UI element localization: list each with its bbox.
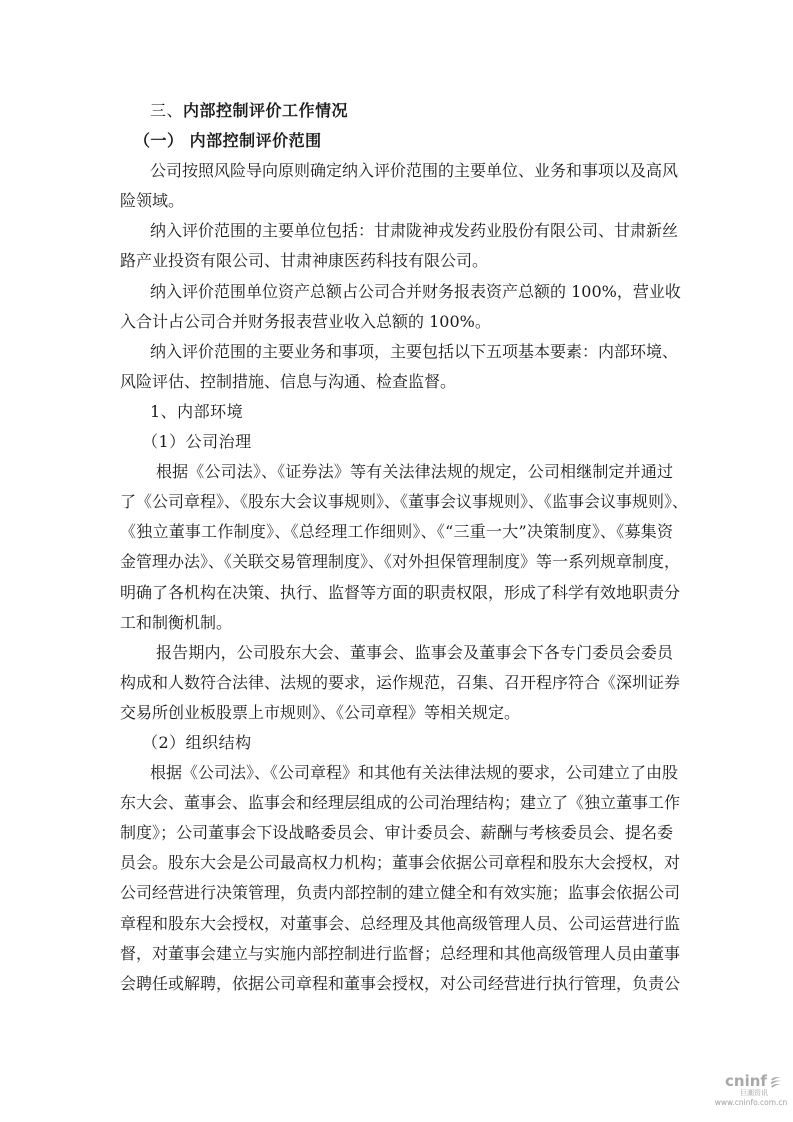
- paragraph-line: 金管理办法》、《关联交易管理制度》、《对外担保管理制度》等一系列规章制度，: [120, 547, 673, 577]
- paragraph-line: 公司经营进行决策管理，负责内部控制的建立健全和有效实施；监事会依据公司: [120, 878, 673, 908]
- paragraph-line: 纳入评价范围的主要单位包括：甘肃陇神戎发药业股份有限公司、甘肃新丝: [120, 216, 673, 246]
- paragraph-line: 制度》；公司董事会下设战略委员会、审计委员会、薪酬与考核委员会、提名委: [120, 818, 673, 848]
- paragraph-line: 员会。股东大会是公司最高权力机构；董事会依据公司章程和股东大会授权，对: [120, 848, 673, 878]
- paragraph-line: 风险评估、控制措施、信息与沟通、检查监督。: [120, 367, 673, 397]
- cninfo-watermark: cninf 巨潮资讯 www.cninfo.com.cn: [716, 1074, 792, 1107]
- paragraph-line: 构成和人数符合法律、法规的要求，运作规范，召集、召开程序符合《深圳证券: [120, 668, 673, 698]
- paragraph-line: 了《公司章程》、《股东大会议事规则》、《董事会议事规则》、《监事会议事规则》、: [120, 487, 673, 517]
- paragraph-line: 工和制衡机制。: [120, 608, 673, 638]
- cninfo-swoosh-icon: [769, 1075, 783, 1089]
- watermark-brand: cninf: [725, 1074, 767, 1089]
- section-heading: 三、内部控制评价工作情况: [120, 96, 673, 126]
- heading-internal-environment: 1、内部环境: [120, 397, 673, 427]
- section-number: 三、: [150, 101, 183, 120]
- paragraph-line: 险领域。: [120, 186, 673, 216]
- watermark-brand-row: cninf: [716, 1074, 792, 1089]
- paragraph-line: 明确了各机构在决策、执行、监督等方面的职责权限，形成了科学有效地职责分: [120, 578, 673, 608]
- heading-organizational-structure: （2）组织结构: [120, 728, 673, 758]
- section-title: 内部控制评价工作情况: [183, 101, 348, 120]
- subsection-heading: （一） 内部控制评价范围: [120, 126, 673, 156]
- paragraph-line: 纳入评价范围单位资产总额占公司合并财务报表资产总额的 100%，营业收: [120, 277, 673, 307]
- watermark-url: www.cninfo.com.cn: [710, 1098, 792, 1107]
- paragraph-line: 根据《公司法》、《证券法》等有关法律法规的规定，公司相继制定并通过: [120, 457, 673, 487]
- document-page: 三、内部控制评价工作情况 （一） 内部控制评价范围 公司按照风险导向原则确定纳入…: [120, 96, 673, 999]
- paragraph-line: 根据《公司法》、《公司章程》和其他有关法律法规的要求，公司建立了由股: [120, 758, 673, 788]
- heading-corporate-governance: （1）公司治理: [120, 427, 673, 457]
- paragraph-line: 报告期内，公司股东大会、董事会、监事会及董事会下各专门委员会委员: [120, 638, 673, 668]
- paragraph-line: 路产业投资有限公司、甘肃神康医药科技有限公司。: [120, 246, 673, 276]
- watermark-chinese-name: 巨潮资讯: [716, 1089, 792, 1098]
- paragraph-line: 章程和股东大会授权，对董事会、总经理及其他高级管理人员、公司运营进行监: [120, 909, 673, 939]
- paragraph-line: 入合计占公司合并财务报表营业收入总额的 100%。: [120, 307, 673, 337]
- paragraph-line: 督，对董事会建立与实施内部控制进行监督；总经理和其他高级管理人员由董事: [120, 939, 673, 969]
- paragraph-line: 交易所创业板股票上市规则》、《公司章程》等相关规定。: [120, 698, 673, 728]
- paragraph-line: 会聘任或解聘，依据公司章程和董事会授权，对公司经营进行执行管理，负责公: [120, 969, 673, 999]
- paragraph-line: 东大会、董事会、监事会和经理层组成的公司治理结构；建立了《独立董事工作: [120, 788, 673, 818]
- paragraph-line: 公司按照风险导向原则确定纳入评价范围的主要单位、业务和事项以及高风: [120, 156, 673, 186]
- paragraph-line: 纳入评价范围的主要业务和事项，主要包括以下五项基本要素：内部环境、: [120, 337, 673, 367]
- paragraph-line: 《独立董事工作制度》、《总经理工作细则》、《“三重一大”决策制度》、《募集资: [120, 517, 673, 547]
